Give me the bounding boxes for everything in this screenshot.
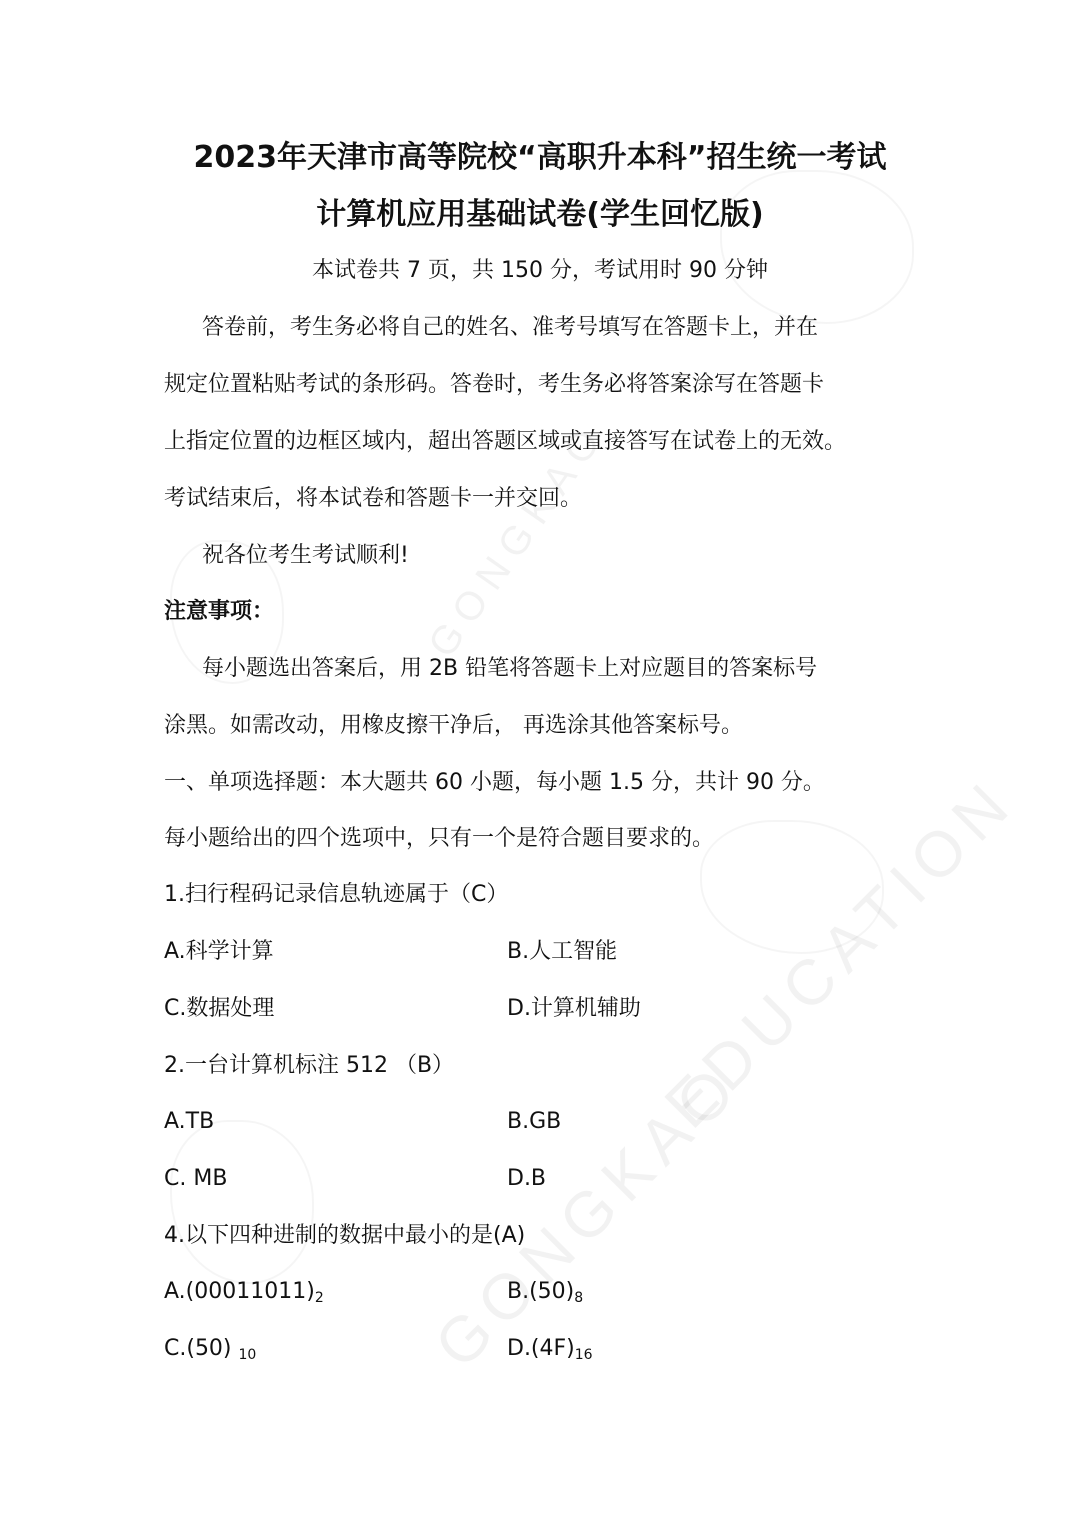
option-b: B.(50)8 [507,1277,583,1313]
question-stem: 4.以下四种进制的数据中最小的是(A) [164,1221,525,1251]
section-heading: 一、单项选择题：本大题共 60 小题，每小题 1.5 分，共计 90 分。 [164,768,825,798]
option-value: B.(50) [507,1279,574,1304]
number-base: 2 [315,1290,324,1306]
notes-line: 每小题选出答案后，用 2B 铅笔将答题卡上对应题目的答案标号 [202,654,817,684]
instruction-line: 答卷前，考生务必将自己的姓名、准考号填写在答题卡上，并在 [202,313,818,343]
exam-page: GONGKAO GONGKAO EDUCATION 2023年天津市高等院校“高… [0,0,1080,1527]
section-heading: 每小题给出的四个选项中，只有一个是符合题目要求的。 [164,824,714,854]
number-base: 10 [239,1347,257,1363]
option-c: C. MB [164,1164,227,1194]
number-base: 16 [575,1347,593,1363]
good-luck-text: 祝各位考生考试顺利! [202,541,409,571]
option-value: C.(50) [164,1336,239,1361]
instruction-line: 规定位置粘贴考试的条形码。答卷时，考生务必将答案涂写在答题卡 [164,370,824,400]
document-title-line2: 计算机应用基础试卷(学生回忆版) [0,195,1080,235]
option-c: C.(50) 10 [164,1334,256,1370]
option-d: D.B [507,1164,546,1194]
watermark-text: EDUCATION [650,763,1029,1142]
notes-heading: 注意事项： [164,597,274,627]
option-a: A.科学计算 [164,937,274,967]
number-base: 8 [574,1290,583,1306]
notes-line: 涂黑。如需改动，用橡皮擦干净后， 再选涂其他答案标号。 [164,711,743,741]
option-d: D.计算机辅助 [507,994,641,1024]
option-a: A.(00011011)2 [164,1277,324,1313]
option-c: C.数据处理 [164,994,274,1024]
option-value: A.(00011011) [164,1279,315,1304]
instruction-line: 上指定位置的边框区域内，超出答题区域或直接答写在试卷上的无效。 [164,427,846,457]
document-title-line1: 2023年天津市高等院校“高职升本科”招生统一考试 [0,138,1080,178]
watermark-logo-shape [170,1120,314,1284]
question-stem: 1.扫行程码记录信息轨迹属于（C） [164,880,508,910]
option-b: B.GB [507,1107,561,1137]
option-value: D.(4F) [507,1336,575,1361]
option-d: D.(4F)16 [507,1334,593,1370]
option-a: A.TB [164,1107,214,1137]
watermark-logo-shape [700,820,884,954]
watermark-logo-shape [720,170,914,324]
instruction-line: 考试结束后，将本试卷和答题卡一并交回。 [164,484,582,514]
watermark-text: GONGKAO [420,1047,756,1383]
exam-info: 本试卷共 7 页，共 150 分，考试用时 90 分钟 [0,256,1080,286]
question-stem: 2.一台计算机标注 512 （B） [164,1051,454,1081]
option-b: B.人工智能 [507,937,617,967]
